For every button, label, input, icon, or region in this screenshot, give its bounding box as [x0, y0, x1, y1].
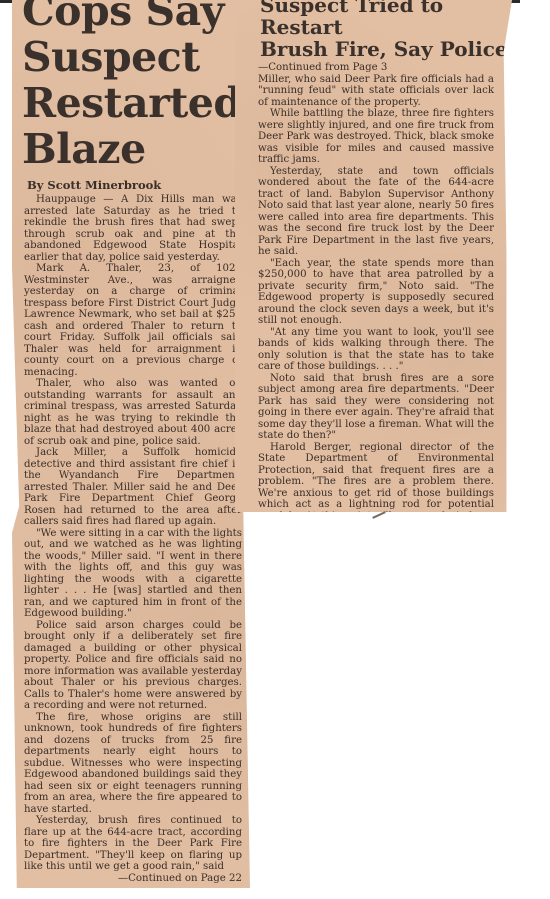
paragraph: Jack Miller, a Suffolk homicide detectiv… [24, 447, 242, 528]
paragraph: "We were sitting in a car with the light… [24, 528, 242, 620]
clipping-left-article: Cops Say Suspect Restarted Blaze By Scot… [12, 0, 250, 888]
continued-from-note: —Continued from Page 3 [258, 62, 512, 74]
paragraph: "At any time you want to look, you'll se… [258, 327, 494, 373]
paragraph: Miller, who said Deer Park fire official… [258, 74, 494, 109]
paragraph: While battling the blaze, three fire fig… [258, 108, 494, 166]
paragraph: Yesterday, brush fires continued to flar… [24, 815, 242, 873]
paragraph: Yesterday, state and town officials wond… [258, 166, 494, 258]
paragraph: Harold Berger, regional director of the … [258, 442, 494, 546]
right-headline: Suspect Tried to Restart Brush Fire, Say… [260, 0, 512, 60]
paragraph: Noto said that brush fires are a sore su… [258, 373, 494, 442]
paragraph: The fire, whose origins are still unknow… [24, 712, 242, 816]
scan-mark [372, 511, 386, 519]
continued-on-note: —Continued on Page 22 [24, 873, 242, 885]
paragraph: Mark A. Thaler, 23, of 1028 Westminster … [24, 263, 242, 378]
headline-line: Suspect Tried to Restart [260, 0, 512, 38]
left-headline: Cops Say Suspect Restarted Blaze [22, 0, 250, 172]
byline: By Scott Minerbrook [27, 178, 250, 192]
paragraph: Thaler, who also was wanted on outstandi… [24, 378, 242, 447]
right-article-body: Miller, who said Deer Park fire official… [258, 74, 494, 546]
headline-line: Brush Fire, Say Police [260, 38, 512, 60]
headline-line: Cops Say [22, 0, 250, 34]
paragraph: Police said arson charges could be broug… [24, 620, 242, 712]
left-article-body: Hauppauge — A Dix Hills man was arrested… [24, 194, 242, 873]
paragraph: "Each year, the state spends more than $… [258, 258, 494, 327]
headline-line: Restarted [22, 80, 250, 126]
clipping-right-article: Suspect Tried to Restart Brush Fire, Say… [235, 0, 512, 512]
headline-line: Suspect [22, 34, 250, 80]
headline-line: Blaze [22, 126, 250, 172]
paragraph: Hauppauge — A Dix Hills man was arrested… [24, 194, 242, 263]
